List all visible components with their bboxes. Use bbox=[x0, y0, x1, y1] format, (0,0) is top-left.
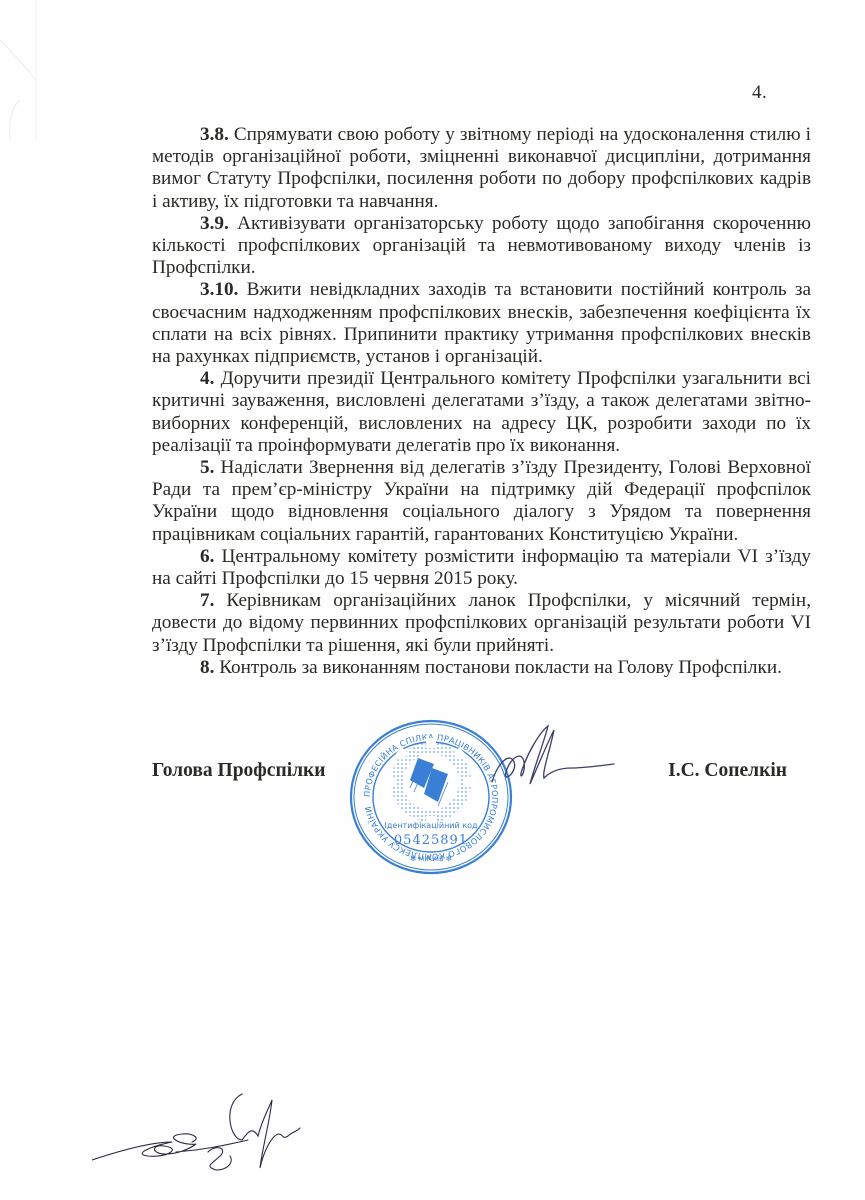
paragraph-3-10: 3.10. Вжити невідкладних заходів та вста… bbox=[152, 279, 811, 368]
paragraph-number: 3.8. bbox=[200, 124, 229, 145]
paragraph-number: 3.9. bbox=[200, 213, 229, 234]
paragraph-3-9: 3.9. Активізувати організаторську роботу… bbox=[152, 213, 811, 280]
paragraph-8: 8. Контроль за виконанням постанови покл… bbox=[152, 657, 811, 679]
paragraph-number: 5. bbox=[200, 457, 214, 478]
svg-text:Ідентифікаційний код: Ідентифікаційний код bbox=[385, 821, 478, 830]
document-page: 4. 3.8. Спрямувати свою роботу у звітном… bbox=[0, 0, 865, 1200]
svg-text:✻ м.Київ ✻: ✻ м.Київ ✻ bbox=[410, 854, 452, 863]
paragraph-6: 6. Центральному комітету розмістити інфо… bbox=[152, 546, 811, 590]
paragraph-text: Вжити невідкладних заходів та встановити… bbox=[152, 279, 811, 367]
page-number: 4. bbox=[752, 82, 767, 104]
scan-edge-artifact bbox=[0, 0, 38, 140]
paragraph-text: Доручити президії Центрального комітету … bbox=[152, 368, 811, 456]
paragraph-text: Надіслати Звернення від делегатів з’їзду… bbox=[152, 457, 811, 545]
paragraph-text: Центральному комітету розмістити інформа… bbox=[152, 546, 811, 589]
paragraph-text: Активізувати організаторську роботу щодо… bbox=[152, 213, 811, 278]
paragraph-number: 6. bbox=[200, 546, 214, 567]
paragraph-text: Керівникам організаційних ланок Профспіл… bbox=[152, 590, 811, 655]
paragraph-number: 4. bbox=[200, 368, 214, 389]
paragraph-text: Спрямувати свою роботу у звітному період… bbox=[152, 124, 811, 212]
svg-text:05425891: 05425891 bbox=[394, 833, 468, 848]
paragraph-number: 7. bbox=[200, 590, 214, 611]
signatory-name: І.С. Сопелкін bbox=[668, 760, 787, 782]
handwritten-signature-icon bbox=[488, 722, 618, 792]
paragraph-7: 7. Керівникам організаційних ланок Профс… bbox=[152, 590, 811, 657]
paragraph-3-8: 3.8. Спрямувати свою роботу у звітному п… bbox=[152, 124, 811, 213]
resolution-body: 3.8. Спрямувати свою роботу у звітному п… bbox=[152, 124, 811, 679]
paragraph-4: 4. Доручити президії Центрального коміте… bbox=[152, 368, 811, 457]
signatory-title: Голова Профспілки bbox=[152, 760, 326, 782]
paragraph-number: 8. bbox=[200, 657, 214, 678]
initials-signatures-icon bbox=[92, 1080, 312, 1180]
paragraph-5: 5. Надіслати Звернення від делегатів з’ї… bbox=[152, 457, 811, 546]
paragraph-text: Контроль за виконанням постанови покласт… bbox=[214, 657, 782, 678]
paragraph-number: 3.10. bbox=[200, 279, 238, 300]
